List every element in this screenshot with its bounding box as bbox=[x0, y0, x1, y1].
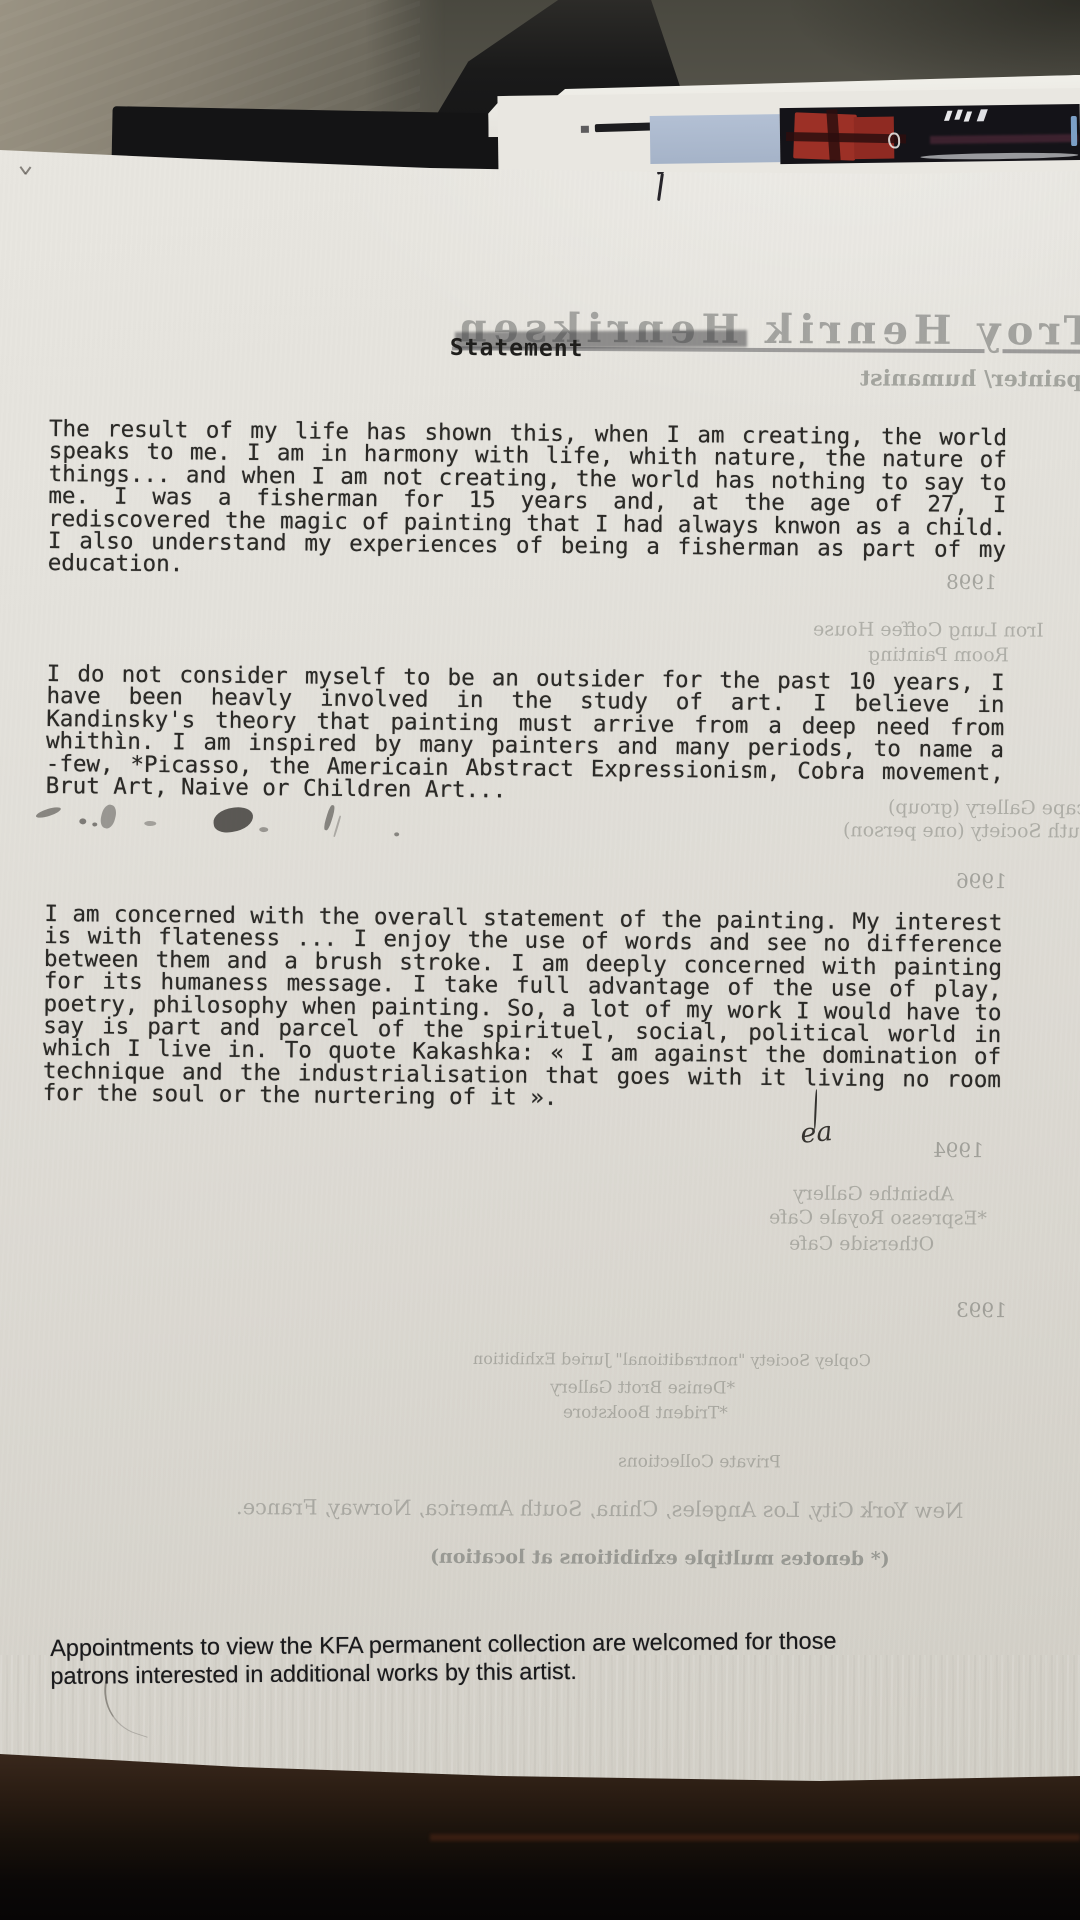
bleedthrough-footnote: (* denotes multiple exhibitions at locat… bbox=[430, 1546, 890, 1570]
paragraph-2: I do not consider myself to be an outsid… bbox=[46, 663, 1005, 807]
background-sheet-with-artwork bbox=[497, 88, 1080, 182]
ink-smudge bbox=[259, 827, 268, 832]
bleedthrough-venue: *Trident Bookstore bbox=[563, 1403, 728, 1424]
bleedthrough-venue: *Denise Brott Gallery bbox=[550, 1378, 735, 1399]
bleedthrough-venue: *Espresso Royale Cafe bbox=[769, 1206, 987, 1229]
statement-page: Troy Henrik Henriksen painter/ humanist … bbox=[0, 0, 1080, 1920]
paragraph-1: The result of my life has shown this, wh… bbox=[48, 418, 1007, 584]
artwork-white-wave bbox=[920, 152, 1078, 160]
bleedthrough-private-collections: Private Collections bbox=[618, 1452, 781, 1473]
ink-smudge bbox=[79, 818, 86, 824]
bleedthrough-venue: Absinthe Gallery bbox=[793, 1183, 954, 1206]
photo-of-document: Troy Henrik Henriksen painter/ humanist … bbox=[0, 0, 1080, 1920]
artwork-purple-streak bbox=[930, 134, 1078, 144]
handwritten-annotation: ea bbox=[799, 1116, 834, 1150]
artwork-blue-figure bbox=[1071, 116, 1077, 146]
appointment-note: Appointments to view the KFA permanent c… bbox=[50, 1625, 990, 1690]
artwork-white-specks bbox=[944, 111, 952, 121]
artwork-blue-panel bbox=[650, 114, 781, 164]
print-mark bbox=[581, 126, 589, 133]
artwork-painting-strip bbox=[780, 104, 1080, 164]
bleedthrough-year-1993: 1993 bbox=[956, 1298, 1007, 1322]
ink-smudge bbox=[323, 804, 336, 831]
ink-smudge bbox=[144, 821, 156, 826]
pencil-caret-mark bbox=[18, 166, 36, 178]
ink-smudge bbox=[99, 803, 119, 830]
bleedthrough-venue: Copley Society "nontraditional" Juried E… bbox=[473, 1349, 871, 1370]
ink-smudge bbox=[212, 805, 255, 834]
table-edge-highlight bbox=[430, 1834, 1080, 1841]
bleedthrough-venue: Otherside Cafe bbox=[789, 1233, 934, 1256]
print-dash bbox=[595, 122, 653, 132]
typed-text-block: Statement The result of my life has show… bbox=[42, 332, 1008, 1171]
page-title: Statement bbox=[450, 335, 584, 362]
ink-smudge bbox=[394, 832, 399, 836]
artwork-white-figure bbox=[888, 132, 900, 148]
bleedthrough-locations: New York City, Los Angeles, China, South… bbox=[236, 1495, 964, 1523]
paragraph-3: I am concerned with the overall statemen… bbox=[43, 903, 1003, 1114]
